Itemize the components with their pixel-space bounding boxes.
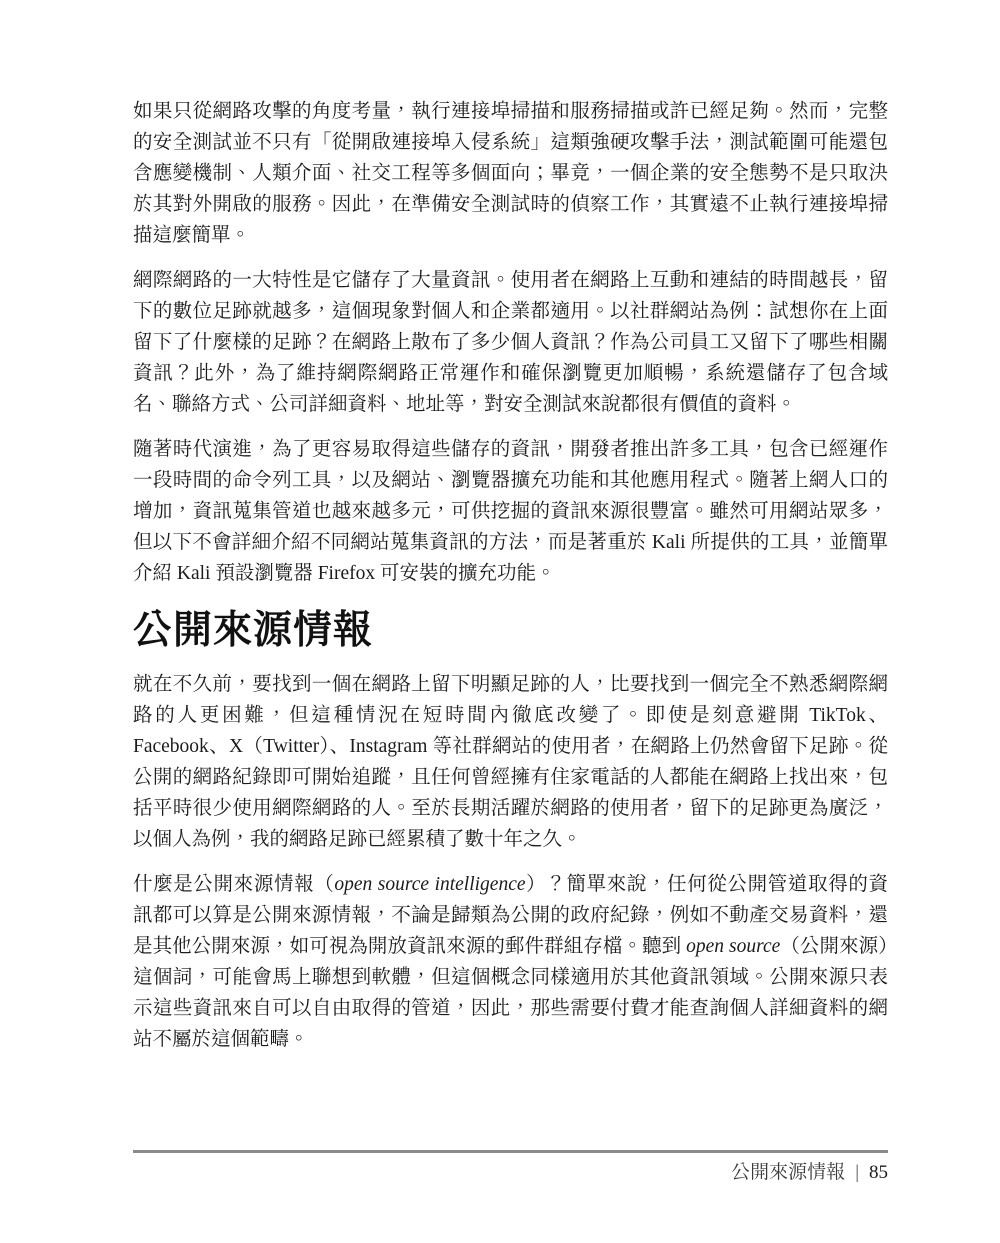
footer-separator: | <box>855 1160 859 1186</box>
body-paragraph-2: 網際網路的一大特性是它儲存了大量資訊。使用者在網路上互動和連結的時間越長，留下的… <box>133 265 888 420</box>
page-footer: 公開來源情報|85 <box>133 1150 888 1186</box>
book-page: 如果只從網路攻擊的角度考量，執行連接埠掃描和服務掃描或許已經足夠。然而，完整的安… <box>0 0 1000 1243</box>
section-heading: 公開來源情報 <box>133 607 888 655</box>
italic-term-open-source: open source <box>686 936 780 957</box>
footer-page-number: 85 <box>869 1162 888 1183</box>
italic-term-open-source-intelligence: open source intelligence <box>334 874 525 895</box>
footer-divider-rule <box>133 1150 888 1153</box>
page-body: 如果只從網路攻擊的角度考量，執行連接埠掃描和服務掃描或許已經足夠。然而，完整的安… <box>133 96 888 1069</box>
paragraph-text-run: 什麼是公開來源情報（ <box>133 874 334 895</box>
footer-text: 公開來源情報|85 <box>133 1160 888 1186</box>
body-paragraph-1: 如果只從網路攻擊的角度考量，執行連接埠掃描和服務掃描或許已經足夠。然而，完整的安… <box>133 96 888 251</box>
body-paragraph-4: 就在不久前，要找到一個在網路上留下明顯足跡的人，比要找到一個完全不熟悉網際網路的… <box>133 669 888 855</box>
body-paragraph-3: 隨著時代演進，為了更容易取得這些儲存的資訊，開發者推出許多工具，包含已經運作一段… <box>133 434 888 589</box>
footer-section-title: 公開來源情報 <box>731 1162 845 1183</box>
body-paragraph-5: 什麼是公開來源情報（open source intelligence）？簡單來說… <box>133 869 888 1055</box>
